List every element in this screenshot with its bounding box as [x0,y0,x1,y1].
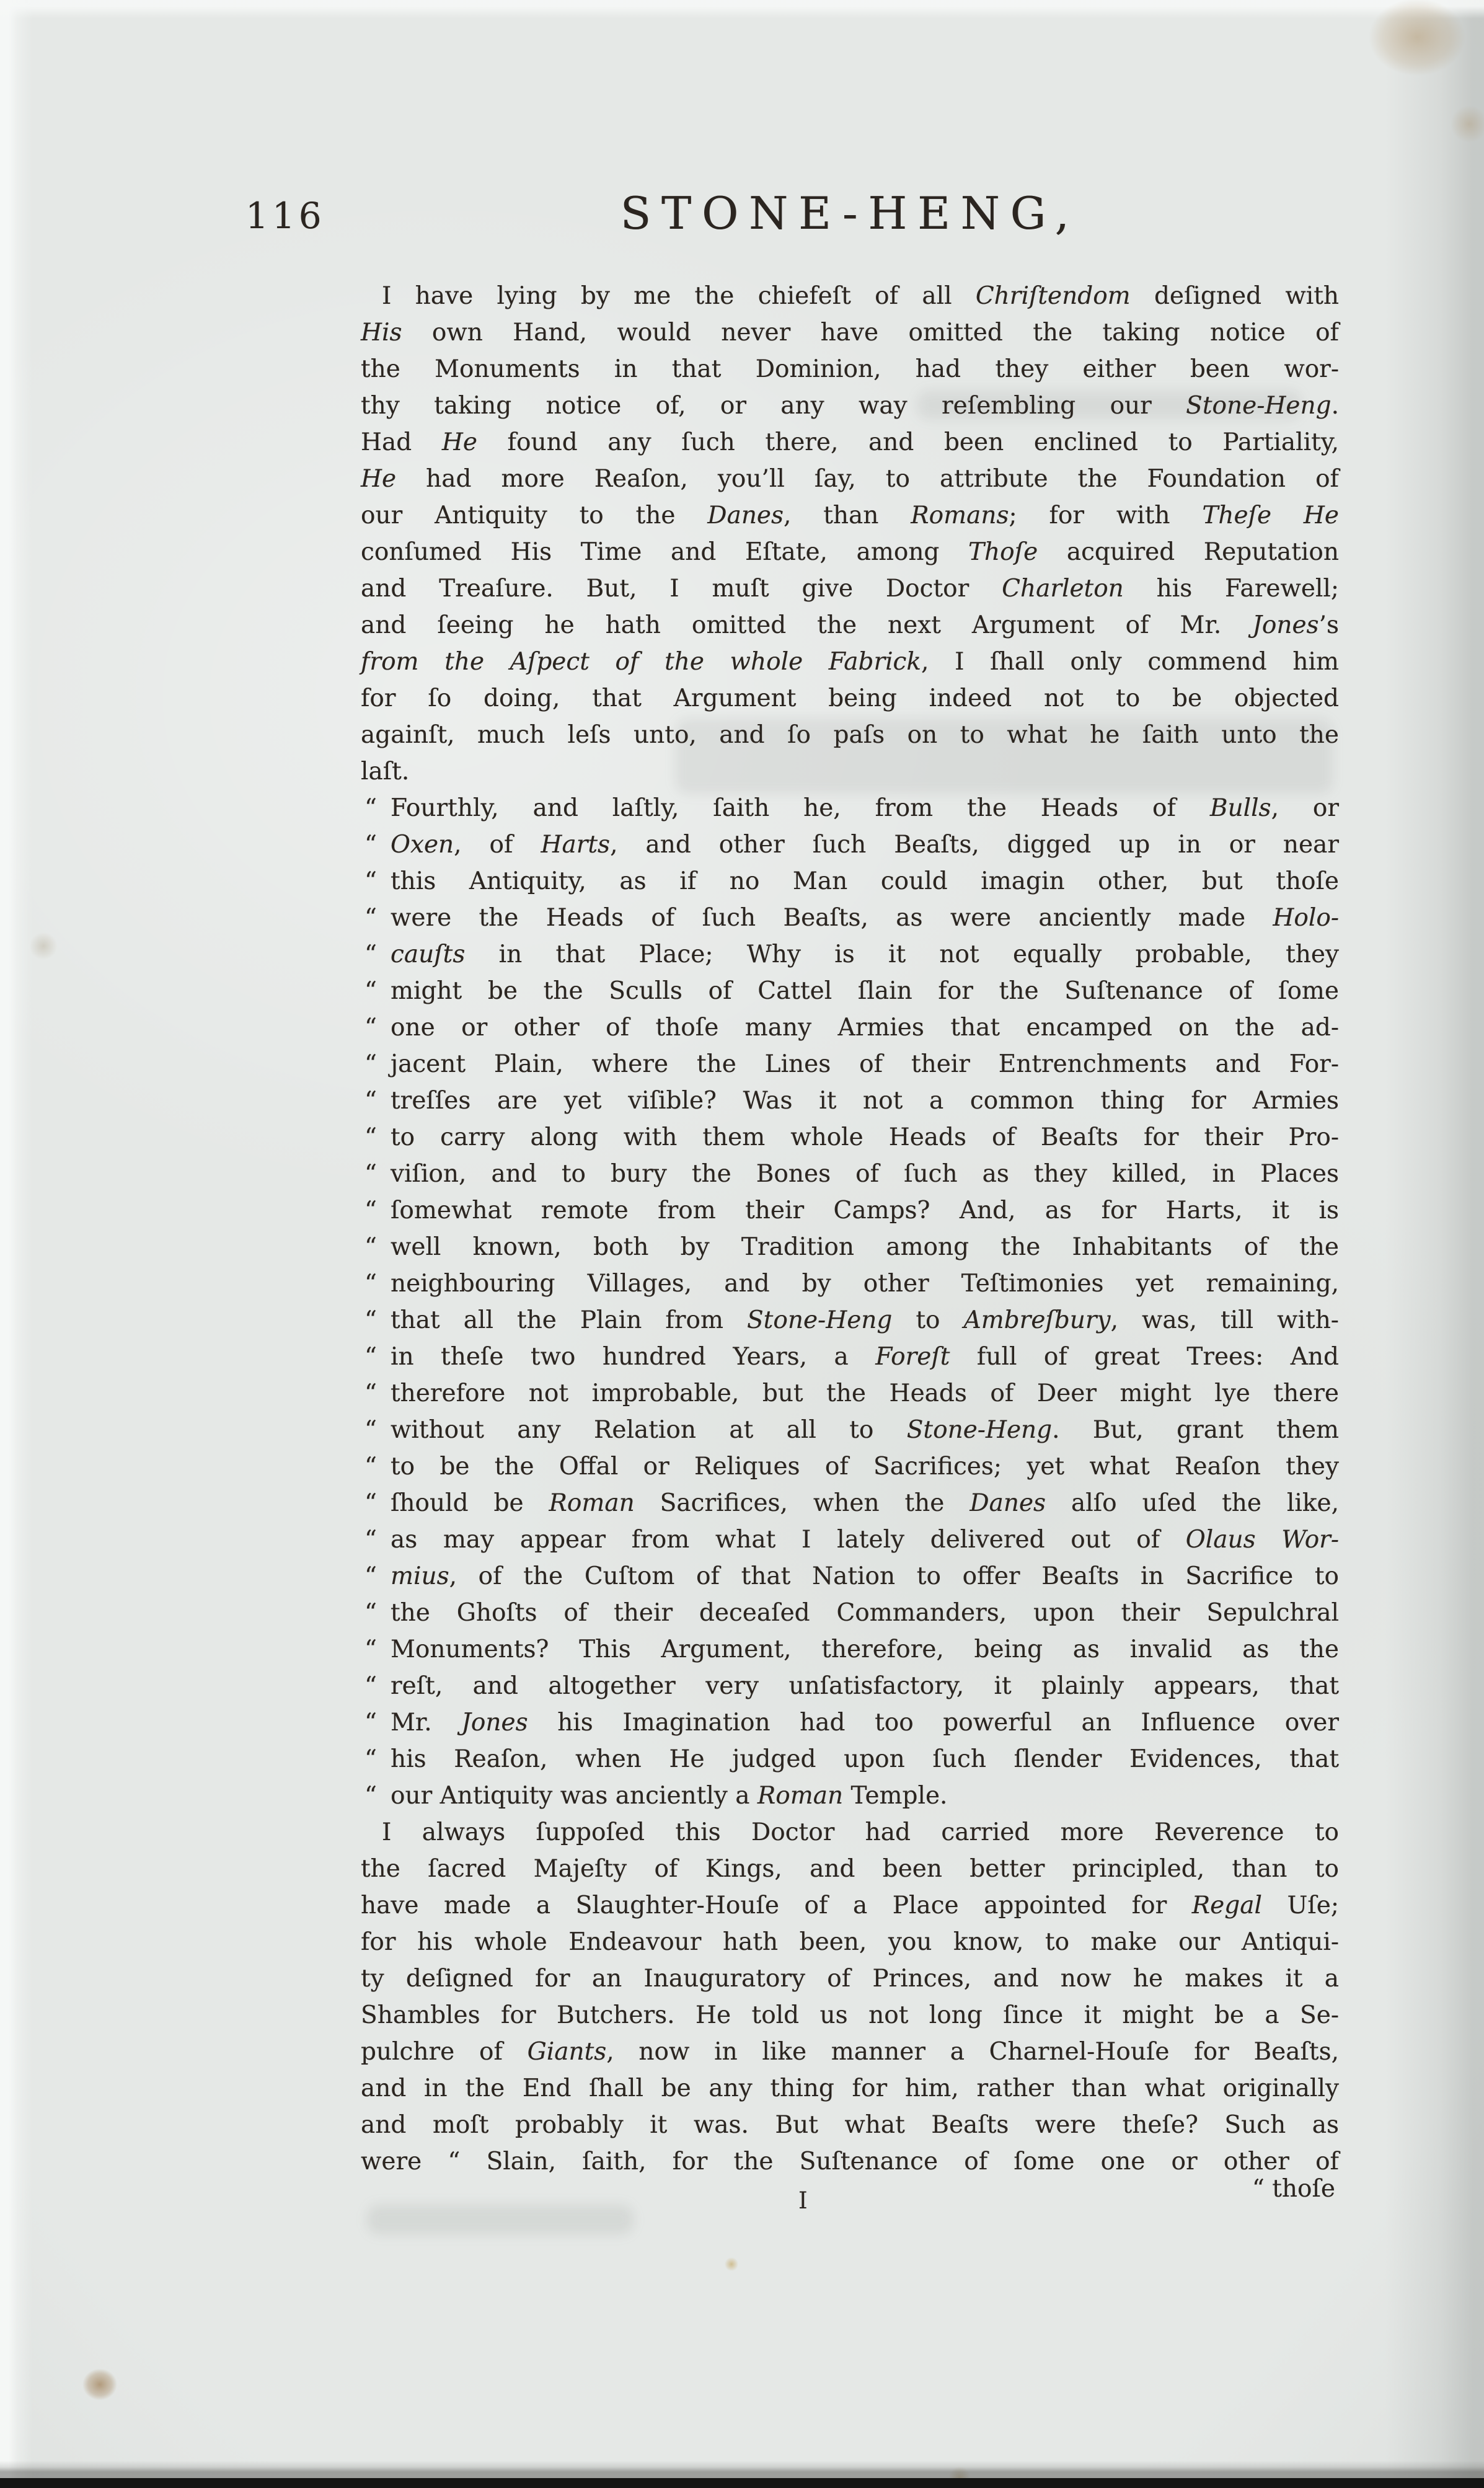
quote-mark: “ [364,1558,377,1595]
text-line: “mius, of the Cuſtom of that Nation to o… [361,1558,1339,1595]
signature-mark: I [798,2187,808,2214]
quote-mark: “ [364,1156,377,1192]
text-line: “Monuments? This Argument, therefore, be… [361,1631,1339,1668]
text-line: “jacent Plain, where the Lines of their … [361,1046,1339,1082]
text-line: “neighbouring Villages, and by other Teſ… [361,1265,1339,1302]
text-line: have made a Slaughter-Houſe of a Place a… [361,1887,1339,1924]
text-line: thy taking notice of, or any way reſembl… [361,387,1339,424]
quote-mark: “ [364,1631,377,1668]
text-line: our Antiquity to the Danes, than Romans;… [361,497,1339,534]
quote-mark: “ [364,1448,377,1485]
text-line: “ſomewhat remote from their Camps? And, … [361,1192,1339,1229]
text-line: He had more Reaſon, you’ll ſay, to attri… [361,461,1339,497]
text-line: from the Aſpect of the whole Fabrick, I … [361,644,1339,680]
text-line: “might be the Sculls of Cattel ſlain for… [361,973,1339,1009]
text-line: “treſſes are yet viſible? Was it not a c… [361,1082,1339,1119]
quote-mark: “ [364,1192,377,1229]
quote-mark: “ [364,936,377,973]
quote-mark: “ [364,1046,377,1082]
text-line: “this Antiquity, as if no Man could imag… [361,863,1339,900]
text-line: “Fourthly, and laſtly, ſaith he, from th… [361,790,1339,826]
text-line: Had He found any ſuch there, and been en… [361,424,1339,461]
paper-stain [723,2256,740,2273]
text-line: “reſt, and altogether very unſatisfactor… [361,1668,1339,1704]
text-line: “our Antiquity was anciently a Roman Tem… [361,1777,1339,1814]
quote-mark: “ [364,1485,377,1521]
page-scan: 116 STONE-HENG, I have lying by me the c… [0,0,1484,2488]
catchword: “ thoſe [1252,2175,1335,2203]
text-line: I always ſuppoſed this Doctor had carrie… [361,1814,1339,1851]
quote-mark: “ [364,1265,377,1302]
text-line: pulchre of Giants, now in like manner a … [361,2034,1339,2070]
text-line: and Treaſure. But, I muſt give Doctor Ch… [361,570,1339,607]
quote-mark: “ [364,1229,377,1265]
quote-mark: “ [364,1339,377,1375]
quote-mark: “ [364,863,377,900]
paper-stain [78,2365,121,2404]
text-line: Shambles for Butchers. He told us not lo… [361,1997,1339,2034]
quote-mark: “ [364,1668,377,1704]
text-line: for his whole Endeavour hath been, you k… [361,1924,1339,1960]
text-line: “Mr. Jones his Imagination had too power… [361,1704,1339,1741]
running-title: STONE-HENG, [361,187,1339,239]
text-line: His own Hand, would never have omitted t… [361,314,1339,351]
text-line: “viſion, and to bury the Bones of ſuch a… [361,1156,1339,1192]
quote-mark: “ [364,1595,377,1631]
quote-mark: “ [364,1777,377,1814]
text-line: ty deſigned for an Inauguratory of Princ… [361,1960,1339,1997]
quote-mark: “ [364,1302,377,1339]
scan-bottom-edge [0,2461,1484,2488]
quote-mark: “ [364,1082,377,1119]
text-line: the ſacred Majeſty of Kings, and been be… [361,1851,1339,1887]
quote-mark: “ [364,1009,377,1046]
show-through-ghost [367,2205,634,2234]
text-line: “the Ghoſts of their deceaſed Commanders… [361,1595,1339,1631]
text-line: laſt. [361,753,1339,790]
quote-mark: “ [364,1119,377,1156]
paper-stain [26,929,61,963]
paper-stain [1444,99,1484,149]
text-line: “were the Heads of ſuch Beaſts, as were … [361,900,1339,936]
text-line: were “ Slain, ſaith, for the Suſtenance … [361,2143,1339,2180]
quote-mark: “ [364,1741,377,1777]
text-line: “one or other of thoſe many Armies that … [361,1009,1339,1046]
text-line: “therefore not improbable, but the Heads… [361,1375,1339,1412]
text-line: againſt, much leſs unto, and ſo paſs on … [361,717,1339,753]
quote-mark: “ [364,1412,377,1448]
text-block: I have lying by me the chiefeſt of all C… [361,278,1339,2180]
text-line: “ſhould be Roman Sacrifices, when the Da… [361,1485,1339,1521]
text-line: “well known, both by Tradition among the… [361,1229,1339,1265]
text-line: “in theſe two hundred Years, a Foreſt fu… [361,1339,1339,1375]
text-line: “to be the Offal or Reliques of Sacrific… [361,1448,1339,1485]
quote-mark: “ [364,790,377,826]
text-line: “Oxen, of Harts, and other ſuch Beaſts, … [361,826,1339,863]
text-line: “as may appear from what I lately delive… [361,1521,1339,1558]
text-line: for ſo doing, that Argument being indeed… [361,680,1339,717]
page-number: 116 [245,195,325,237]
text-line: the Monuments in that Dominion, had they… [361,351,1339,387]
text-line: conſumed His Time and Eſtate, among Thoſ… [361,534,1339,570]
quote-mark: “ [364,826,377,863]
quote-mark: “ [364,900,377,936]
quote-mark: “ [364,1704,377,1741]
text-line: “his Reaſon, when He judged upon ſuch ſl… [361,1741,1339,1777]
quote-mark: “ [364,1521,377,1558]
quote-mark: “ [364,973,377,1009]
text-line: and ſeeing he hath omitted the next Argu… [361,607,1339,644]
text-line: and moſt probably it was. But what Beaſt… [361,2107,1339,2143]
quote-mark: “ [364,1375,377,1412]
text-line: I have lying by me the chiefeſt of all C… [361,278,1339,314]
text-line: and in the End ſhall be any thing for hi… [361,2070,1339,2107]
text-line: “that all the Plain from Stone-Heng to A… [361,1302,1339,1339]
text-line: “without any Relation at all to Stone-He… [361,1412,1339,1448]
text-line: “to carry along with them whole Heads of… [361,1119,1339,1156]
text-line: “cauſts in that Place; Why is it not equ… [361,936,1339,973]
paper-stain [1355,0,1479,87]
